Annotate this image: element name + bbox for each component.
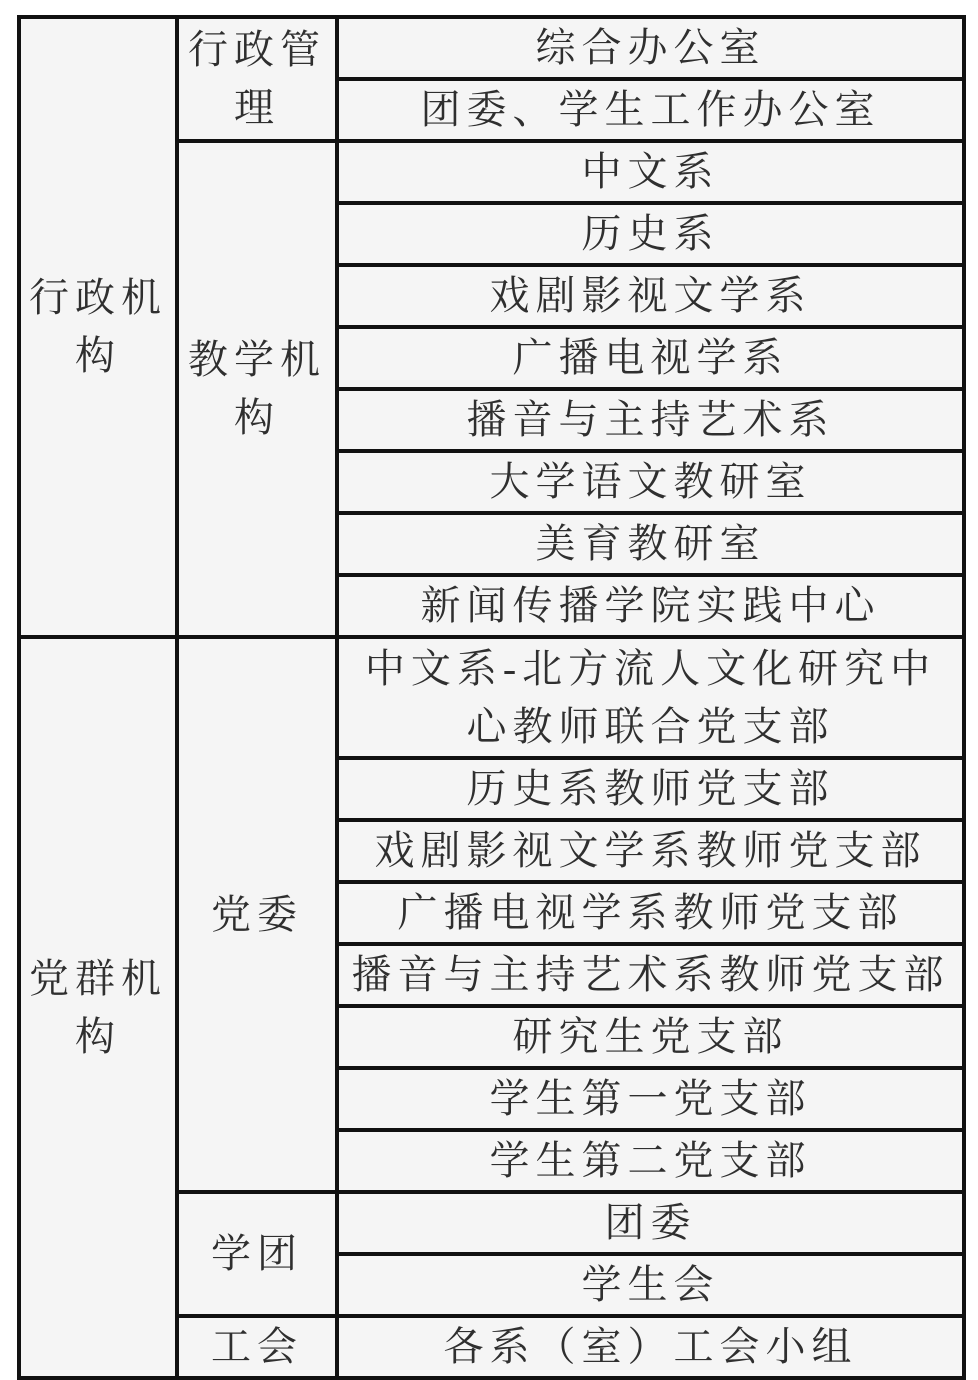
item-cell: 学生第一党支部	[337, 1068, 964, 1130]
item-cell: 戏剧影视文学系	[337, 265, 964, 327]
item-cell: 新闻传播学院实践中心	[337, 575, 964, 637]
section-cell-administrative: 行政机构	[19, 17, 177, 637]
item-cell: 大学语文教研室	[337, 451, 964, 513]
group-cell-labor-union: 工会	[177, 1316, 337, 1378]
group-cell-party-committee: 党委	[177, 637, 337, 1192]
section-cell-party-mass: 党群机构	[19, 637, 177, 1378]
item-cell: 团委、学生工作办公室	[337, 79, 964, 141]
org-structure-table: 行政机构 行政管理 综合办公室 团委、学生工作办公室 教学机构 中文系 历史系 …	[17, 15, 966, 1380]
group-cell-teaching: 教学机构	[177, 141, 337, 637]
item-cell: 美育教研室	[337, 513, 964, 575]
item-cell: 历史系教师党支部	[337, 758, 964, 820]
item-cell: 综合办公室	[337, 17, 964, 79]
item-cell: 戏剧影视文学系教师党支部	[337, 820, 964, 882]
item-cell: 学生会	[337, 1254, 964, 1316]
item-cell: 中文系-北方流人文化研究中心教师联合党支部	[337, 637, 964, 758]
group-cell-student-league: 学团	[177, 1192, 337, 1316]
item-cell: 广播电视学系教师党支部	[337, 882, 964, 944]
item-cell: 广播电视学系	[337, 327, 964, 389]
group-cell-admin-management: 行政管理	[177, 17, 337, 141]
item-cell: 历史系	[337, 203, 964, 265]
item-cell: 播音与主持艺术系	[337, 389, 964, 451]
item-cell: 学生第二党支部	[337, 1130, 964, 1192]
item-cell: 研究生党支部	[337, 1006, 964, 1068]
item-cell: 团委	[337, 1192, 964, 1254]
item-cell: 各系（室）工会小组	[337, 1316, 964, 1378]
item-cell: 中文系	[337, 141, 964, 203]
item-cell: 播音与主持艺术系教师党支部	[337, 944, 964, 1006]
